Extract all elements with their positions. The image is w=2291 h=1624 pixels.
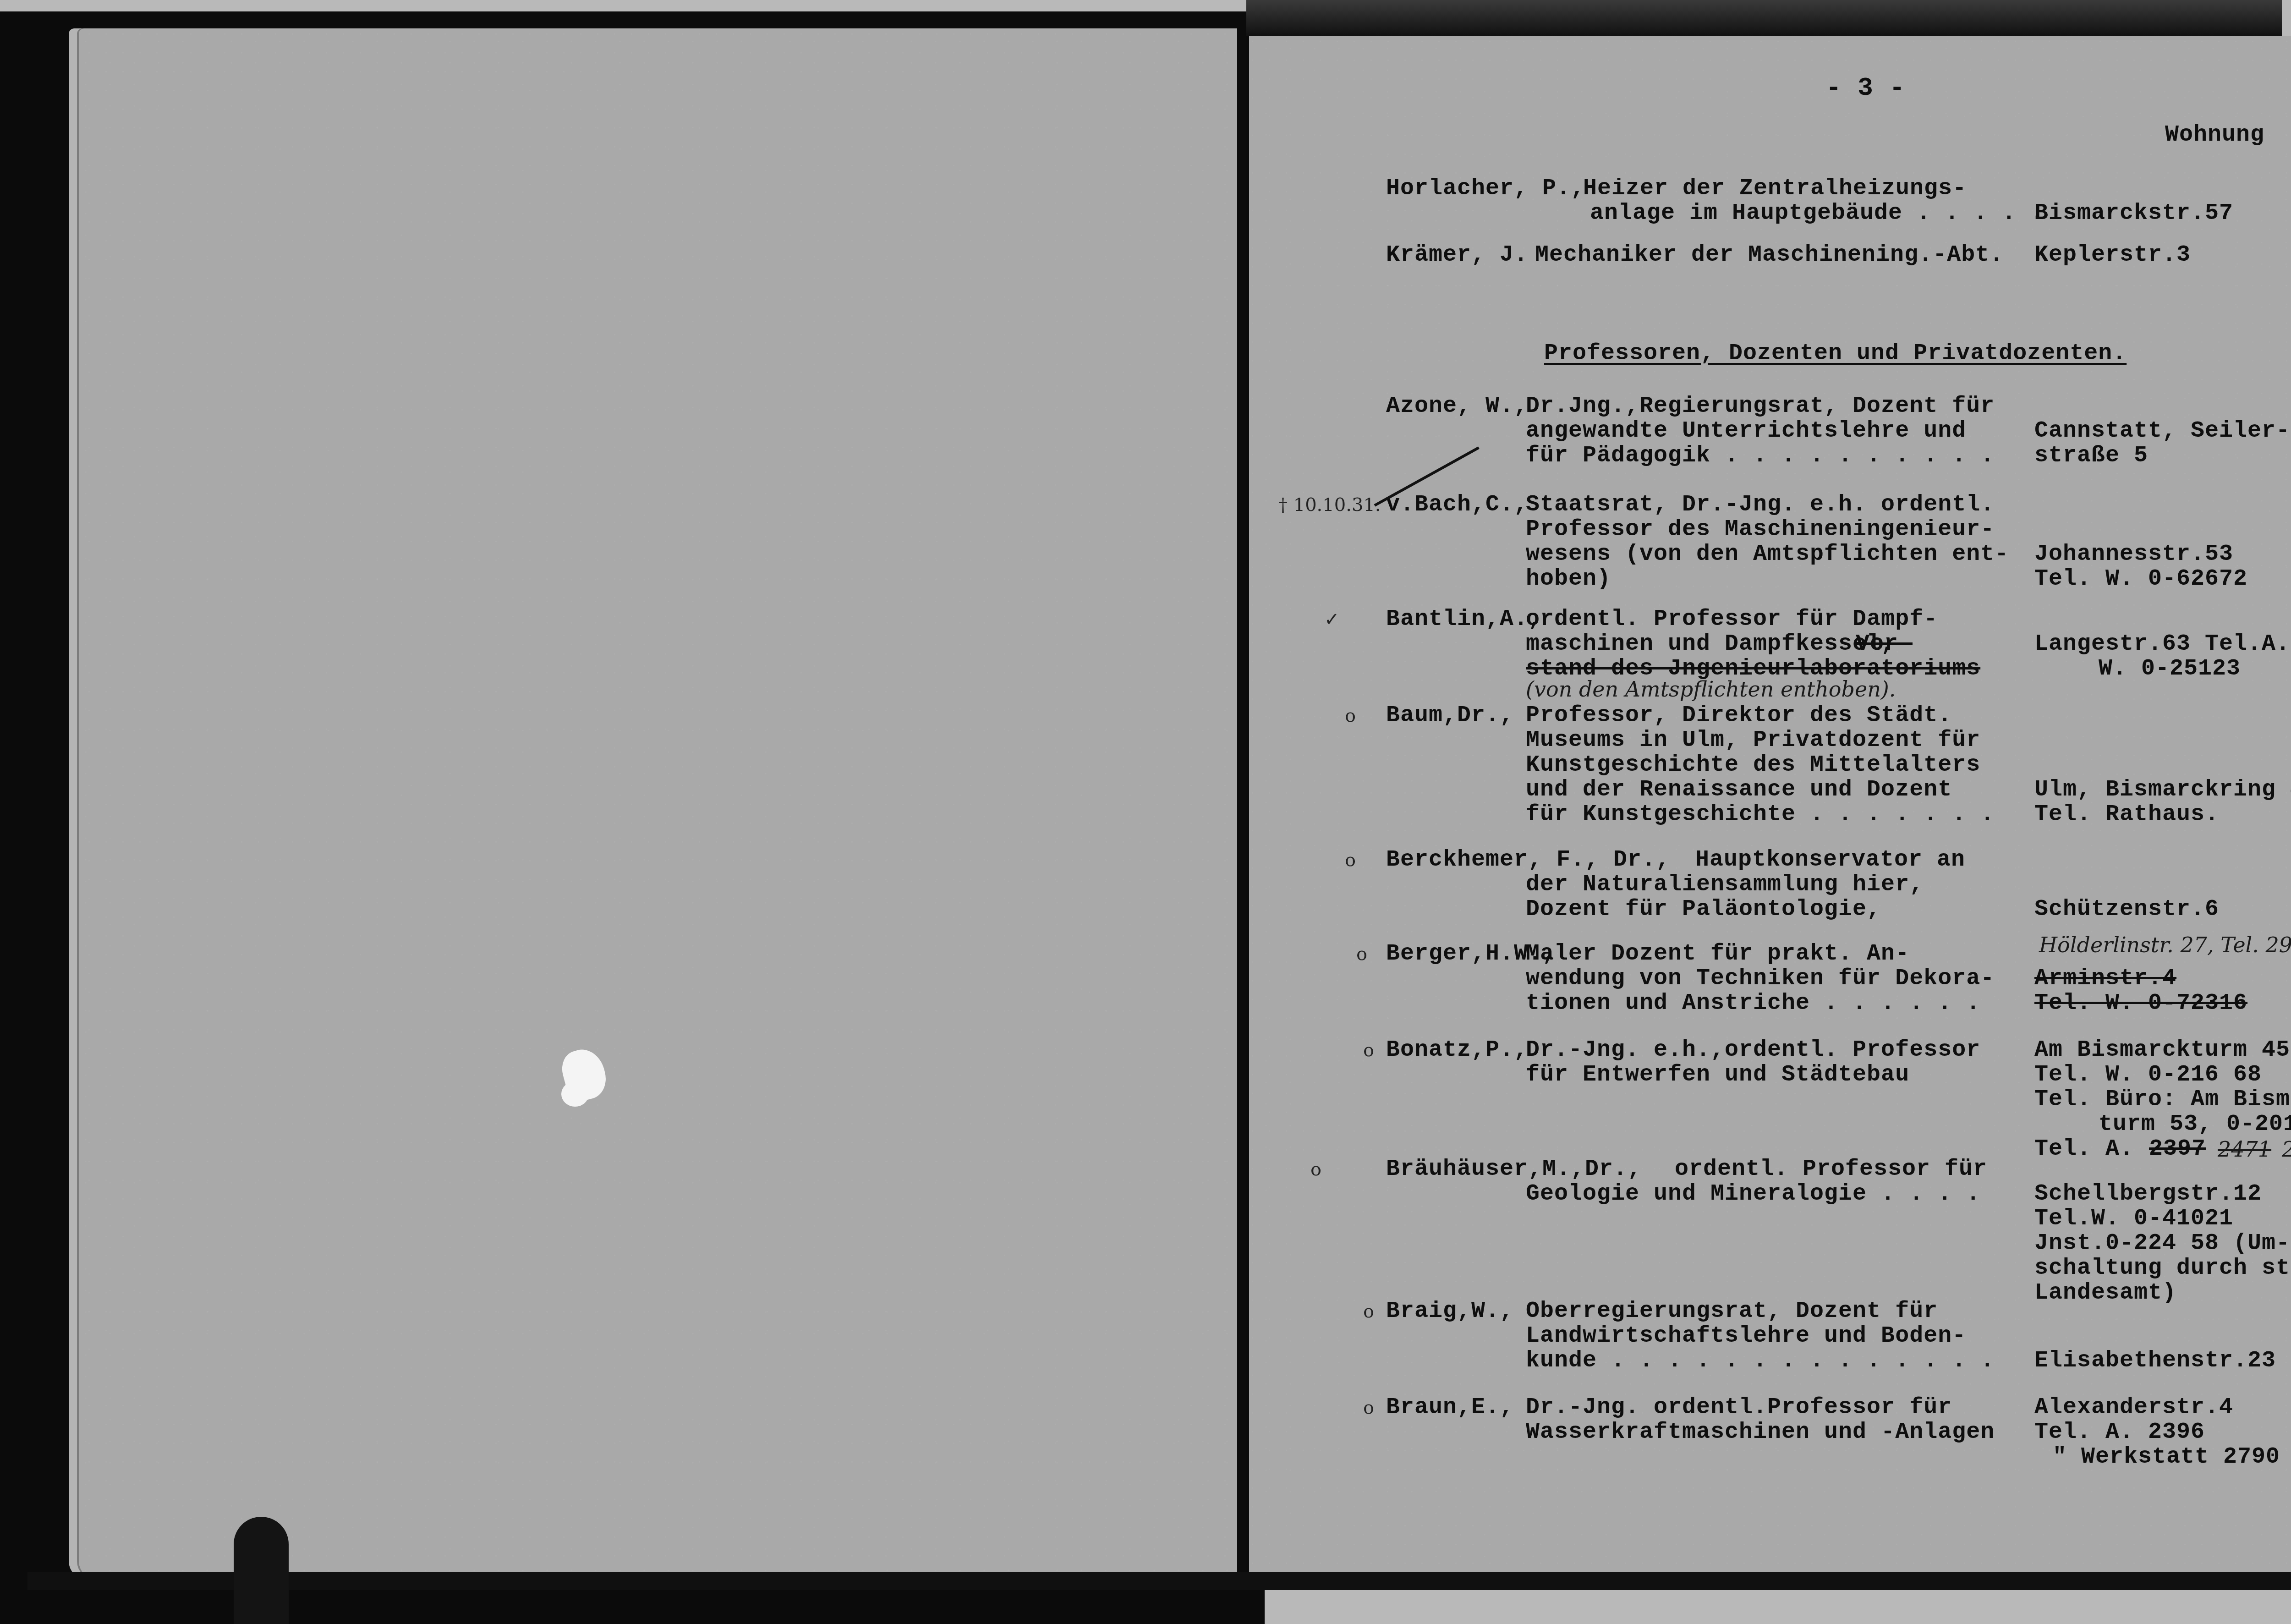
entry-description: Landwirtschaftslehre und Boden- [1526,1324,1966,1349]
entry-name: Baum,Dr., [1386,703,1514,728]
entry-address: Bismarckstr.57 [2034,201,2233,226]
struck-address: Tel. W. 0-72316 [2034,991,2247,1016]
margin-circle-mark: o [1345,850,1356,871]
entry-description: angewandte Unterrichtslehre und [1526,419,1966,444]
entry-address: Landesamt) [2034,1281,2176,1306]
entry-address: Cannstatt, Seiler- [2034,419,2290,444]
entry-description: für Kunstgeschichte . . . . . . . [1526,802,1995,827]
entry-description: Dr.Jng.,Regierungsrat, Dozent für [1526,394,1995,419]
handwritten-note: (von den Amtspflichten enthoben). [1526,677,1896,702]
margin-circle-mark: o [1345,705,1356,726]
entry-description: für Pädagogik . . . . . . . . . . [1526,444,1995,468]
entry-name: Braig,W., [1386,1299,1514,1324]
entry-description: Maler Dozent für prakt. An- [1526,942,1909,966]
entry-description: Heizer der Zentralheizungs- [1583,176,1967,201]
entry-address: Am Bismarckturm 45, [2034,1038,2291,1063]
entry-description: Hauptkonservator an [1695,848,1965,872]
entry-name: Bräuhäuser,M.,Dr., [1386,1157,1642,1182]
entry-description: hoben) [1526,567,1611,592]
entry-address: Tel. W. 0-216 68 [2034,1063,2262,1087]
book-board-top [1246,0,2282,37]
margin-death-note: † 10.10.31. [1278,494,1381,516]
margin-circle-mark: o [1356,944,1367,965]
left-page-blank [69,28,1237,1580]
struck-phone: 2397 [2149,1137,2206,1162]
entry-description: Kunstgeschichte des Mittelalters [1526,753,1980,778]
entry-description: Museums in Ulm, Privatdozent für [1526,728,1980,753]
entry-address: Langestr.63 Tel.A.2308 [2034,632,2291,657]
entry-address: schaltung durch stat. [2034,1256,2291,1281]
section-heading: Professoren, Dozenten und Privatdozenten… [1544,341,2127,366]
entry-address: Jnst.0-224 58 (Um- [2034,1231,2290,1256]
entry-description: anlage im Hauptgebäude . . . . . [1590,201,2044,226]
entry-name: v.Bach,C., [1386,493,1528,517]
struck-phone: 2471 [2218,1137,2271,1162]
column-header-wohnung: Wohnung [2165,123,2264,148]
entry-description: Dozent für Paläontologie, [1526,897,1881,922]
entry-address: " Werkstatt 2790 [2053,1445,2280,1470]
entry-name: Braun,E., [1386,1395,1514,1420]
page-number: - 3 - [1826,76,1905,100]
entry-address: Johannesstr.53 [2034,542,2233,567]
margin-checkmark: ✓ [1324,609,1340,630]
entry-address: Alexanderstr.4 [2034,1395,2233,1420]
entry-address: Ulm, Bismarckring 46 [2034,778,2291,802]
margin-circle-mark: o [1363,1397,1374,1418]
entry-address: Tel. Büro: Am Bismarck- [2034,1087,2291,1112]
entry-name: Berckhemer, F., Dr., [1386,848,1670,872]
entry-description: der Naturaliensammlung hier, [1526,872,1924,897]
margin-circle-mark: o [1363,1040,1374,1061]
entry-name: Bonatz,P., [1386,1038,1528,1063]
margin-circle-mark: o [1363,1301,1374,1322]
entry-description: ordentl. Professor für Dampf- [1526,607,1938,632]
entry-address: Schützenstr.6 [2034,897,2219,922]
handwritten-phone: 2773 [2282,1137,2291,1162]
entry-name: Bantlin,A., [1386,607,1542,632]
entry-description: maschinen und Dampfkessel, [1526,632,1895,657]
entry-address: Tel. Rathaus. [2034,802,2219,827]
entry-description: ordentl. Professor für [1675,1157,1987,1182]
book-board-bottom [27,1572,2291,1590]
entry-address: Keplerstr.3 [2034,243,2191,268]
handwritten-address: Hölderlinstr. 27, Tel. 29495 [2039,933,2291,957]
entry-description: Oberregierungsrat, Dozent für [1526,1299,1938,1324]
entry-name: Horlacher, P., [1386,176,1585,201]
entry-description: tionen und Anstriche . . . . . . [1526,991,1980,1016]
entry-address: Tel.W. 0-41021 [2034,1207,2233,1231]
entry-description: Geologie und Mineralogie . . . . [1526,1182,1980,1207]
entry-description: Dr.-Jng. ordentl.Professor für [1526,1395,1952,1420]
phone-prefix: Tel. A. [2034,1137,2134,1162]
entry-description: wendung von Techniken für Dekora- [1526,966,1995,991]
entry-address: turm 53, 0-20125 [2099,1112,2291,1137]
struck-description: Vor- [1856,632,1913,657]
entry-description: Dr.-Jng. e.h.,ordentl. Professor [1526,1038,1980,1063]
entry-description: und der Renaissance und Dozent [1526,778,1952,802]
entry-description: kunde . . . . . . . . . . . . . . [1526,1349,1995,1373]
entry-description: Staatsrat, Dr.-Jng. e.h. ordentl. [1526,493,1995,517]
thumb-holding-page [234,1517,289,1624]
entry-address: Tel. A. 2396 [2034,1420,2205,1445]
entry-description: wesens (von den Amtspflichten ent- [1526,542,2009,567]
entry-address: straße 5 [2034,444,2148,468]
entry-description: Professor des Maschineningenieur- [1526,517,1995,542]
entry-description: für Entwerfen und Städtebau [1526,1063,1909,1087]
film-blemish [561,1081,589,1107]
margin-circle-mark: o [1310,1159,1321,1180]
entry-address: W. 0-25123 [2099,657,2241,681]
entry-address: Tel. W. 0-62672 [2034,567,2247,592]
entry-name: Azone, W., [1386,394,1528,419]
entry-description: Mechaniker der Maschinening.-Abt. [1535,243,2004,268]
entry-address: Elisabethenstr.23 [2034,1349,2276,1373]
struck-address: Arminstr.4 [2034,966,2176,991]
entry-description: Professor, Direktor des Städt. [1526,703,1952,728]
entry-name: Krämer, J. [1386,243,1528,268]
entry-description: Wasserkraftmaschinen und -Anlagen [1526,1420,1995,1445]
entry-address: Schellbergstr.12 [2034,1182,2262,1207]
